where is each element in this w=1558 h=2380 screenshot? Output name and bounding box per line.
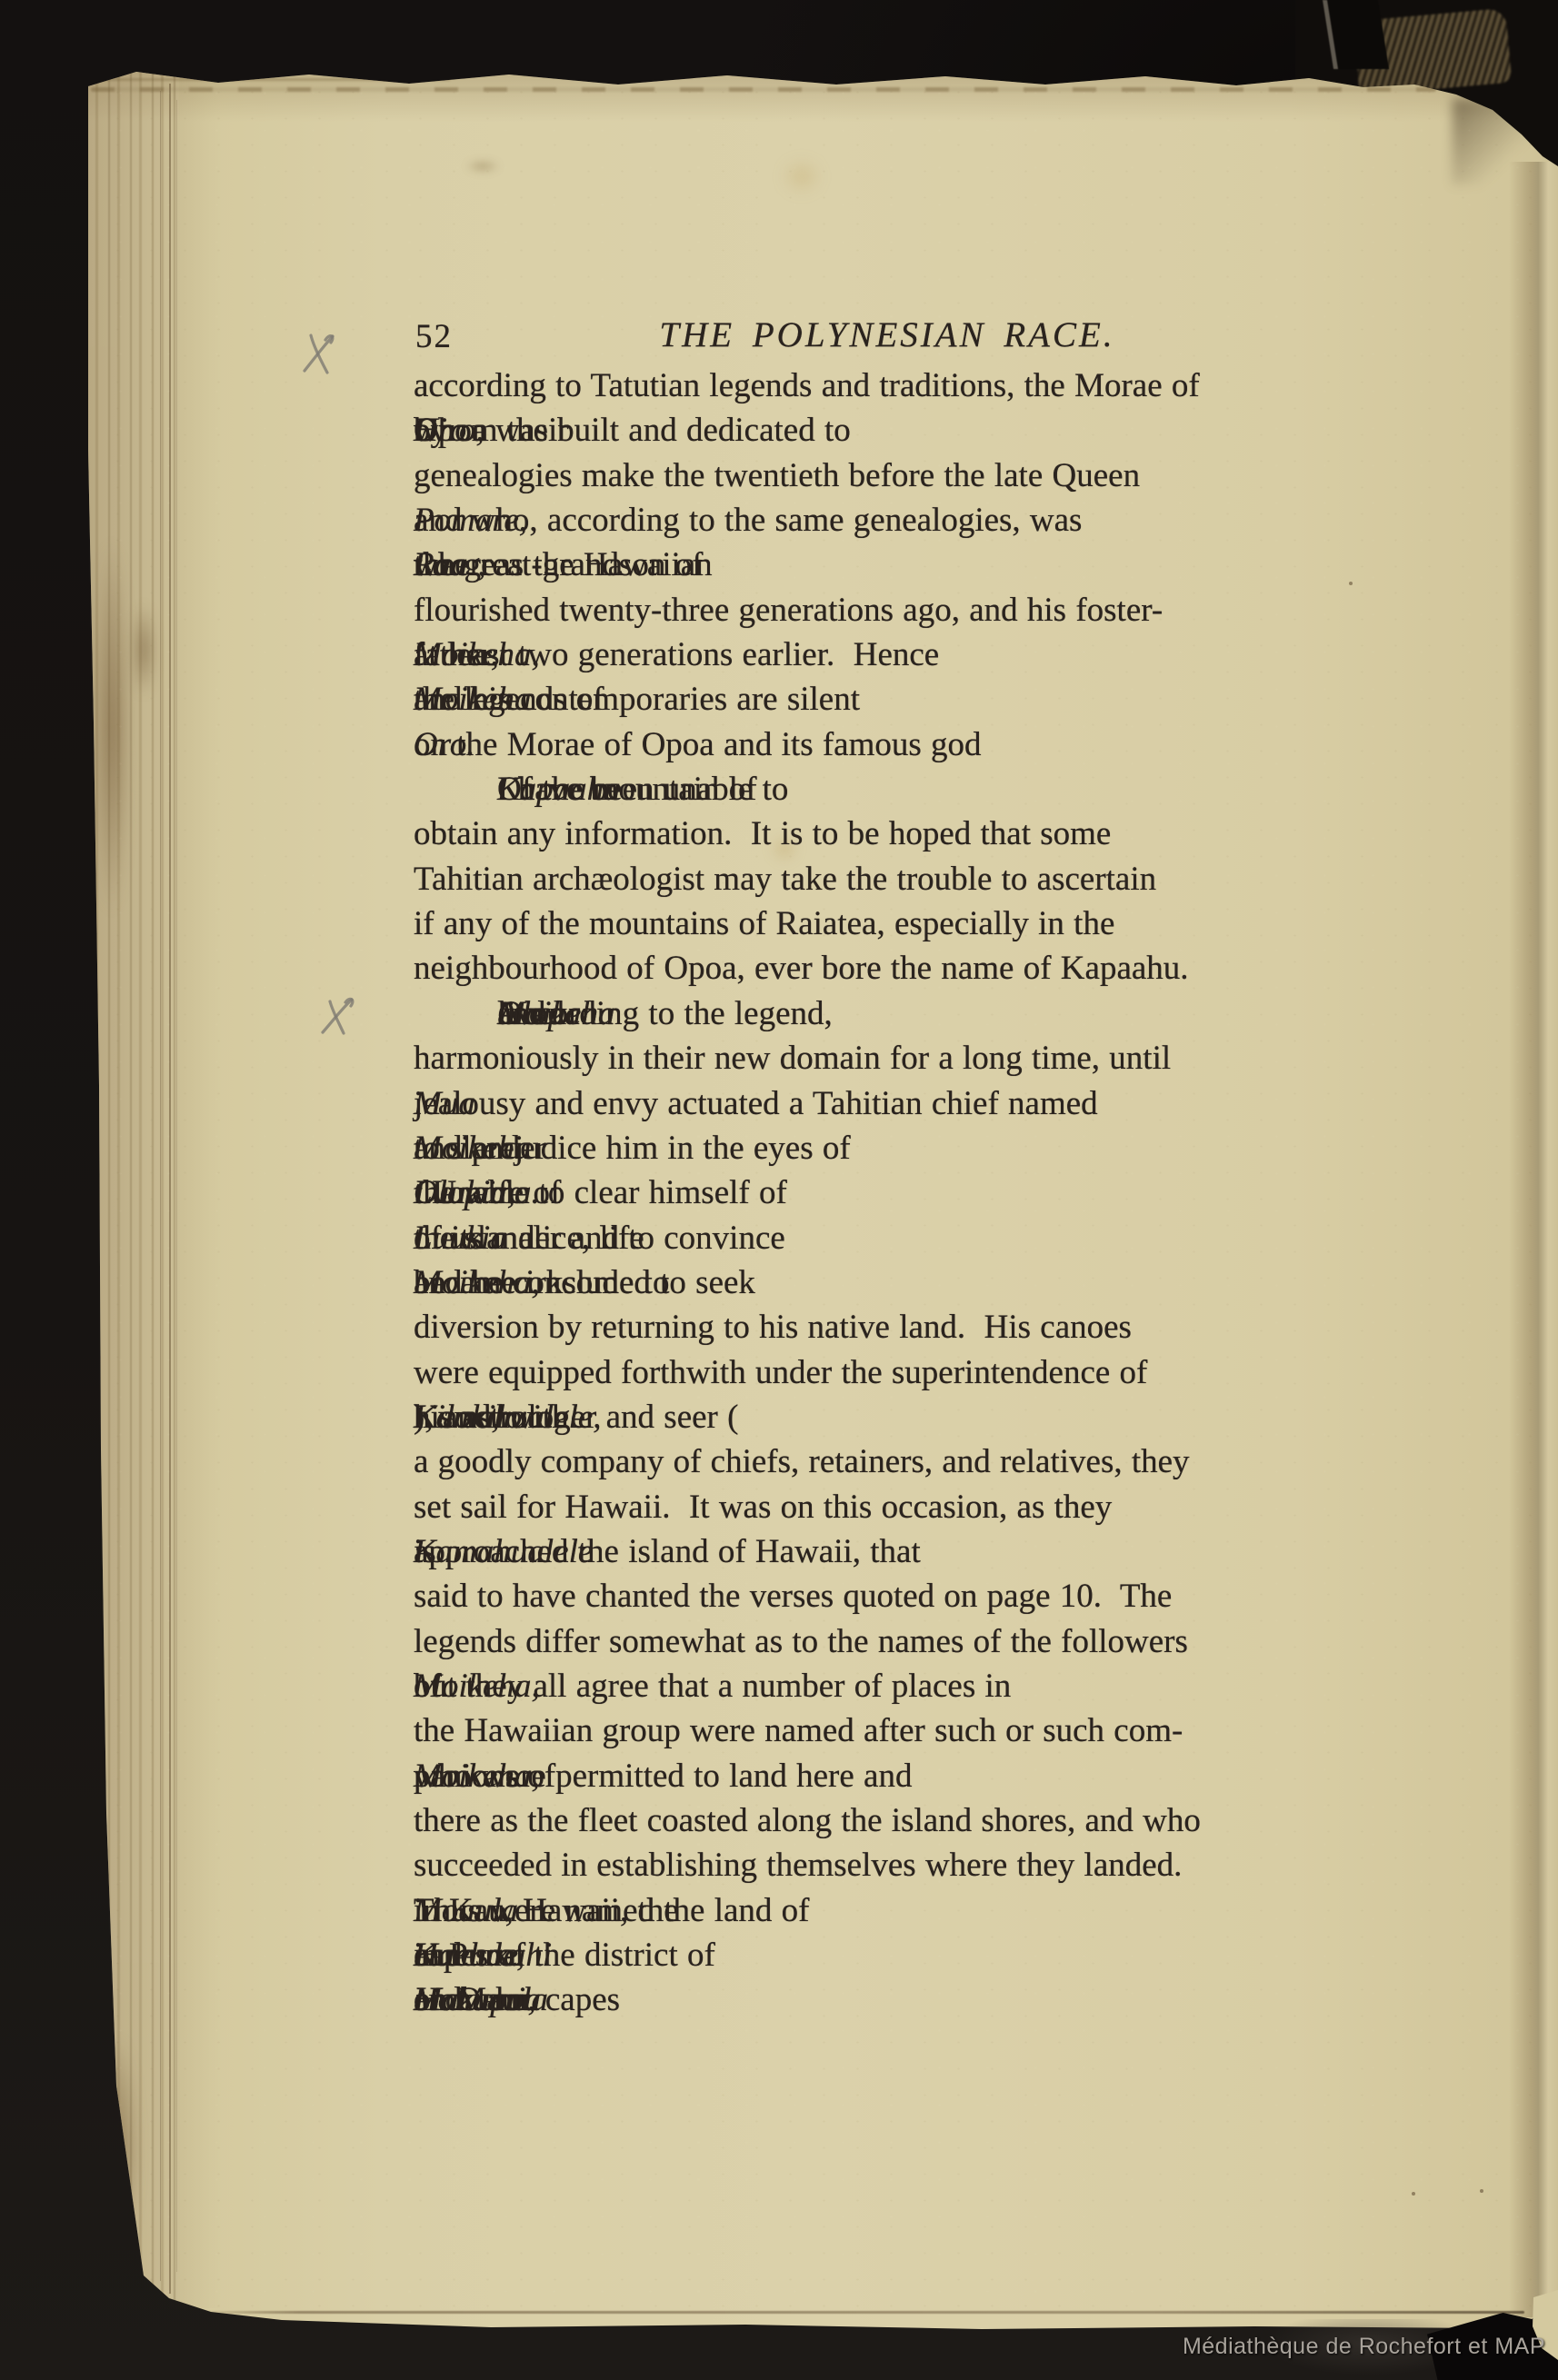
folio-number: 52: [415, 317, 453, 356]
text-line: on the Morae of Opoa and its famous god …: [414, 722, 1361, 767]
text-line: to slander Moikeha and prejudice him in …: [414, 1126, 1361, 1170]
scan-canvas: { "colors":{ "background":"#161312", "pa…: [0, 0, 1558, 2380]
text-line: Tahitian archæologist may take the troub…: [414, 857, 1361, 901]
text-line: were equipped forthwith under the superi…: [414, 1350, 1361, 1395]
book-page-scan: 52 THE POLYNESIAN RACE. according to Tat…: [0, 0, 1558, 2380]
text-line: Luukia, the wife of Olopana. Unable to c…: [414, 1170, 1361, 1215]
text-line: neighbourhood of Opoa, ever bore the nam…: [414, 946, 1361, 991]
pencil-mark-icon: [300, 329, 338, 376]
text-line: a goodly company of chiefs, retainers, a…: [414, 1439, 1361, 1484]
text-line: the Hawaiian group were named after such…: [414, 1708, 1361, 1753]
text-line: of Moikeha, but they all agree that a nu…: [414, 1664, 1361, 1708]
text-line: the slander and to convince Luukia of it…: [414, 1216, 1361, 1260]
text-line: according to Tatutian legends and tradit…: [414, 363, 1361, 408]
text-line: According to the legend, Olopana and Moi…: [414, 991, 1361, 1036]
text-line: harmoniously in their new domain for a l…: [414, 1036, 1361, 1080]
text-line: there as the fleet coasted along the isl…: [414, 1798, 1361, 1843]
running-title: THE POLYNESIAN RACE.: [414, 314, 1361, 355]
watermark: Médiathèque de Rochefort et MAP: [1183, 2334, 1545, 2360]
text-line: panions of Moikeha, who were permitted t…: [414, 1754, 1361, 1798]
pencil-mark-icon: [317, 994, 357, 1040]
text-line: the legends of Moikeha and his contempor…: [414, 677, 1361, 722]
page-header: 52 THE POLYNESIAN RACE.: [414, 314, 1361, 355]
body-text: according to Tatutian legends and tradit…: [414, 363, 1361, 2023]
text-line: Opoa was built and dedicated to Oro by H…: [414, 408, 1361, 453]
text-line: Pomare, and who, according to the same g…: [414, 498, 1361, 543]
text-line: succeeded in establishing themselves whe…: [414, 1843, 1361, 1887]
text-line: became irksome to Moikeha, and he conclu…: [414, 1260, 1361, 1305]
text-line: said to have chanted the verses quoted o…: [414, 1574, 1361, 1618]
text-line: the great-grandson of Raa ; whereas the …: [414, 543, 1361, 587]
book-strap: [1323, 0, 1389, 69]
text-line: father, Moikeha, at least two generation…: [414, 632, 1361, 677]
text-line: set sail for Hawaii. It was on this occa…: [414, 1485, 1361, 1529]
text-line: obtain any information. It is to be hope…: [414, 812, 1361, 856]
text-line: capes of Haehae and Kumukahi in Puna, th…: [414, 1933, 1361, 1977]
text-line: Thus were named the land of Moaula in Ka…: [414, 1888, 1361, 1933]
text-line: Of the mountain of Kapaahu I have been u…: [414, 767, 1361, 812]
text-line: if any of the mountains of Raiatea, espe…: [414, 901, 1361, 946]
text-line: Kamahualele, his astrologer and seer (Ki…: [414, 1395, 1361, 1439]
text-line: Honuaula on Maui, capes Makapuu and Maka…: [414, 1977, 1361, 2022]
text-line: legends differ somewhat as to the names …: [414, 1619, 1361, 1664]
text-line: genealogies make the twentieth before th…: [414, 453, 1361, 498]
text-line: approached the island of Hawaii, that Ka…: [414, 1529, 1361, 1574]
text-line: flourished twenty-three generations ago,…: [414, 588, 1361, 632]
text-line: jealousy and envy actuated a Tahitian ch…: [414, 1081, 1361, 1126]
text-line: diversion by returning to his native lan…: [414, 1305, 1361, 1349]
